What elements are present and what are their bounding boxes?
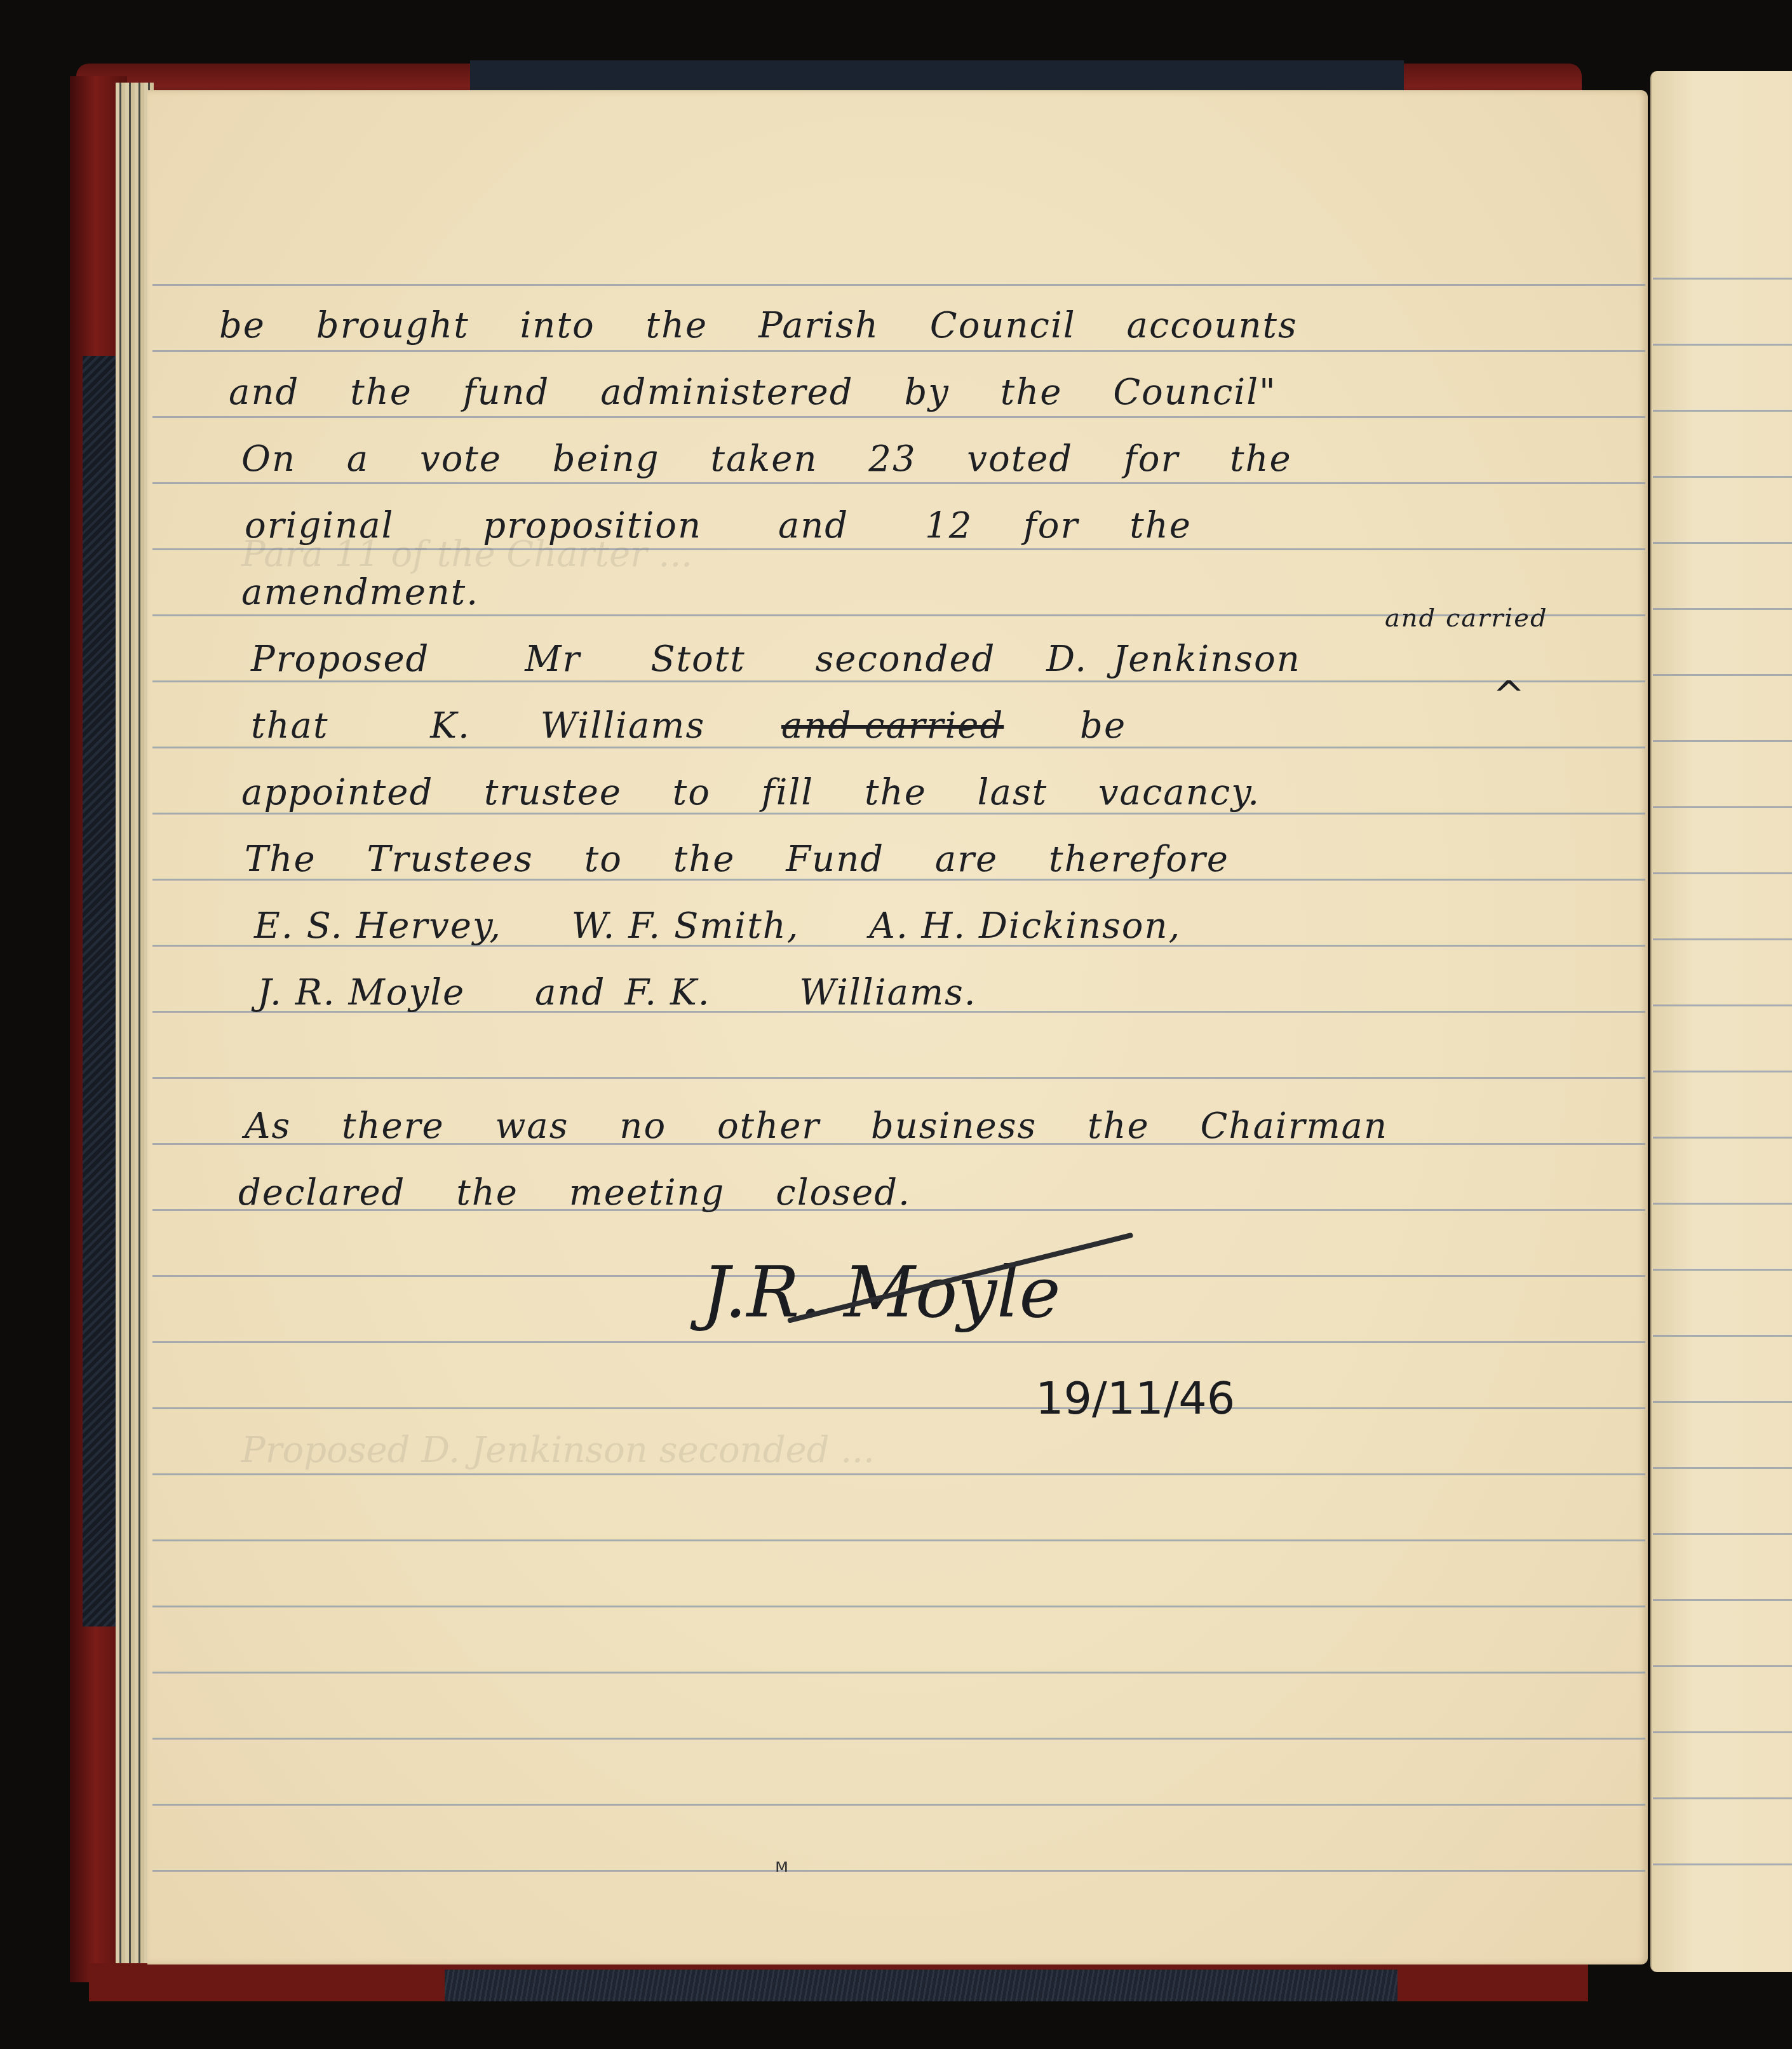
word: Williams <box>541 705 705 747</box>
ruled-line-facing <box>1653 1731 1792 1733</box>
ruled-line-facing <box>1653 1599 1792 1601</box>
word: accounts <box>1127 305 1298 346</box>
ruled-line-facing <box>1653 1203 1792 1205</box>
text-line-7: that K. Williams and carried be <box>251 705 1164 747</box>
word: a <box>347 438 369 480</box>
ruled-line <box>152 1341 1645 1343</box>
word: to <box>584 839 623 880</box>
word: Fund <box>786 839 884 880</box>
word: closed. <box>776 1172 911 1214</box>
book-cover-bottom-cloth <box>445 1970 1398 2001</box>
word: for <box>1124 438 1179 480</box>
ruled-line-facing <box>1653 1137 1792 1139</box>
word: vacancy. <box>1098 772 1260 813</box>
ruled-line <box>152 416 1645 418</box>
ruled-line-facing <box>1653 740 1792 742</box>
word: Council <box>930 305 1076 346</box>
word: Stott <box>650 639 746 680</box>
word: Parish <box>758 305 879 346</box>
word: the <box>1088 1106 1150 1147</box>
text-line-2: and the fund administered by the Council… <box>229 372 1315 413</box>
word: and <box>535 972 605 1013</box>
word: to <box>673 772 711 813</box>
facing-page-strip <box>1650 71 1792 1972</box>
word: there <box>342 1106 445 1147</box>
word: brought <box>316 305 469 346</box>
ruled-line <box>152 482 1645 484</box>
ruled-line-facing <box>1653 278 1792 280</box>
word: J. R. Moyle <box>257 972 465 1013</box>
word: Jenkinson <box>1113 639 1301 680</box>
ruled-line <box>152 747 1645 748</box>
book-cover-left-cloth <box>83 356 121 1626</box>
text-line-3: On a vote being taken 23 voted for the <box>241 438 1330 480</box>
word: vote <box>420 438 502 480</box>
ruled-line-facing <box>1653 1665 1792 1667</box>
word: voted <box>967 438 1073 480</box>
ruled-line <box>152 1870 1645 1872</box>
word: the <box>1000 372 1063 413</box>
word: seconded <box>816 639 996 680</box>
ruled-line-facing <box>1653 1269 1792 1271</box>
word: The <box>245 839 316 880</box>
bottom-pencil-mark: ᴍ <box>775 1855 788 1876</box>
word: Williams. <box>799 972 976 1013</box>
word: and <box>229 372 299 413</box>
word: D. <box>1046 639 1088 680</box>
word: last <box>978 772 1048 813</box>
word: being <box>553 438 660 480</box>
ruled-line-facing <box>1653 1335 1792 1337</box>
text-line-8: appointed trustee to fill the last vacan… <box>241 772 1298 813</box>
text-line-10: E. S. Hervey, W. F. Smith, A. H. Dickins… <box>254 905 1219 947</box>
word: On <box>241 438 296 480</box>
word: be <box>219 305 266 346</box>
word: F. K. <box>624 972 710 1013</box>
ruled-line <box>152 1473 1645 1475</box>
ruled-line-facing <box>1653 1863 1792 1865</box>
word: amendment. <box>241 572 479 613</box>
word: into <box>520 305 595 346</box>
ruled-line-facing <box>1653 410 1792 412</box>
word: K. <box>430 705 471 747</box>
ruled-line-facing <box>1653 1401 1792 1403</box>
word: Trustees <box>367 839 533 880</box>
word: no <box>619 1106 666 1147</box>
word: fill <box>762 772 814 813</box>
struck-text: and carried <box>781 705 1004 747</box>
word: appointed <box>241 772 433 813</box>
word: original <box>245 505 394 546</box>
ruled-line <box>152 1804 1645 1806</box>
ruled-line-facing <box>1653 1533 1792 1535</box>
text-line-12: As there was no other business the Chair… <box>245 1106 1426 1147</box>
text-line-13: declared the meeting closed. <box>238 1172 949 1214</box>
ruled-line-facing <box>1653 872 1792 874</box>
word: the <box>1129 505 1192 546</box>
ruled-line-facing <box>1653 938 1792 940</box>
word: the <box>456 1172 518 1214</box>
word: taken <box>710 438 818 480</box>
word: by <box>904 372 949 413</box>
text-line-4: original proposition and 12 for the <box>245 505 1230 546</box>
ruled-line <box>152 1539 1645 1541</box>
word: the <box>673 839 736 880</box>
word: Mr <box>525 639 581 680</box>
book-cover-top-cloth <box>470 60 1404 92</box>
word: the <box>865 772 927 813</box>
word: the <box>645 305 708 346</box>
word: was <box>495 1106 569 1147</box>
text-line-5: amendment. <box>241 572 517 613</box>
word: 12 <box>925 505 973 546</box>
word: be <box>1080 705 1126 747</box>
ruled-line <box>152 284 1645 286</box>
ruled-line <box>152 350 1645 352</box>
word: Chairman <box>1201 1106 1389 1147</box>
text-line-11: J. R. Moyle and F. K. Williams. <box>257 972 1015 1013</box>
show-through-text: Proposed D. Jenkinson seconded ... <box>241 1430 875 1471</box>
inserted-text: and carried <box>1385 604 1548 633</box>
ruled-line-facing <box>1653 674 1792 676</box>
word: fund <box>463 372 550 413</box>
word: As <box>245 1106 291 1147</box>
ruled-line <box>152 1738 1645 1740</box>
word: therefore <box>1049 839 1229 880</box>
word: administered <box>600 372 853 413</box>
word: W. F. Smith, <box>572 905 800 947</box>
word: Proposed <box>251 639 429 680</box>
word: other <box>717 1106 820 1147</box>
ruled-line <box>152 1606 1645 1607</box>
signature-date: 19/11/46 <box>1035 1372 1235 1424</box>
word: proposition <box>483 505 702 546</box>
word: the <box>1230 438 1292 480</box>
text-line-1: be brought into the Parish Council accou… <box>219 305 1336 346</box>
ruled-line-facing <box>1653 1004 1792 1006</box>
ruled-line <box>152 680 1645 682</box>
text-line-6: Proposed Mr Stott seconded D. Jenkinson <box>251 639 1339 680</box>
word: E. S. Hervey, <box>254 905 502 947</box>
ruled-line <box>152 1077 1645 1079</box>
word: the <box>350 372 412 413</box>
word: trustee <box>484 772 622 813</box>
word: that <box>251 705 328 747</box>
word: for <box>1023 505 1079 546</box>
ruled-line-facing <box>1653 806 1792 808</box>
word: and <box>778 505 849 546</box>
ruled-line-facing <box>1653 608 1792 610</box>
word: 23 <box>868 438 916 480</box>
ruled-line <box>152 1407 1645 1409</box>
ruled-line-facing <box>1653 344 1792 346</box>
ruled-line-facing <box>1653 542 1792 544</box>
text-line-9: The Trustees to the Fund are therefore <box>245 839 1267 880</box>
ruled-line-facing <box>1653 1467 1792 1469</box>
word: are <box>935 839 998 880</box>
ruled-line-facing <box>1653 1797 1792 1799</box>
word: business <box>871 1106 1037 1147</box>
ruled-line-facing <box>1653 1071 1792 1072</box>
ruled-line-facing <box>1653 476 1792 478</box>
word: A. H. Dickinson, <box>869 905 1181 947</box>
word: Council" <box>1113 372 1277 413</box>
word: meeting <box>569 1172 725 1214</box>
word: declared <box>238 1172 405 1214</box>
insertion-caret-icon: ^ <box>1493 673 1526 718</box>
ruled-line <box>152 1672 1645 1674</box>
